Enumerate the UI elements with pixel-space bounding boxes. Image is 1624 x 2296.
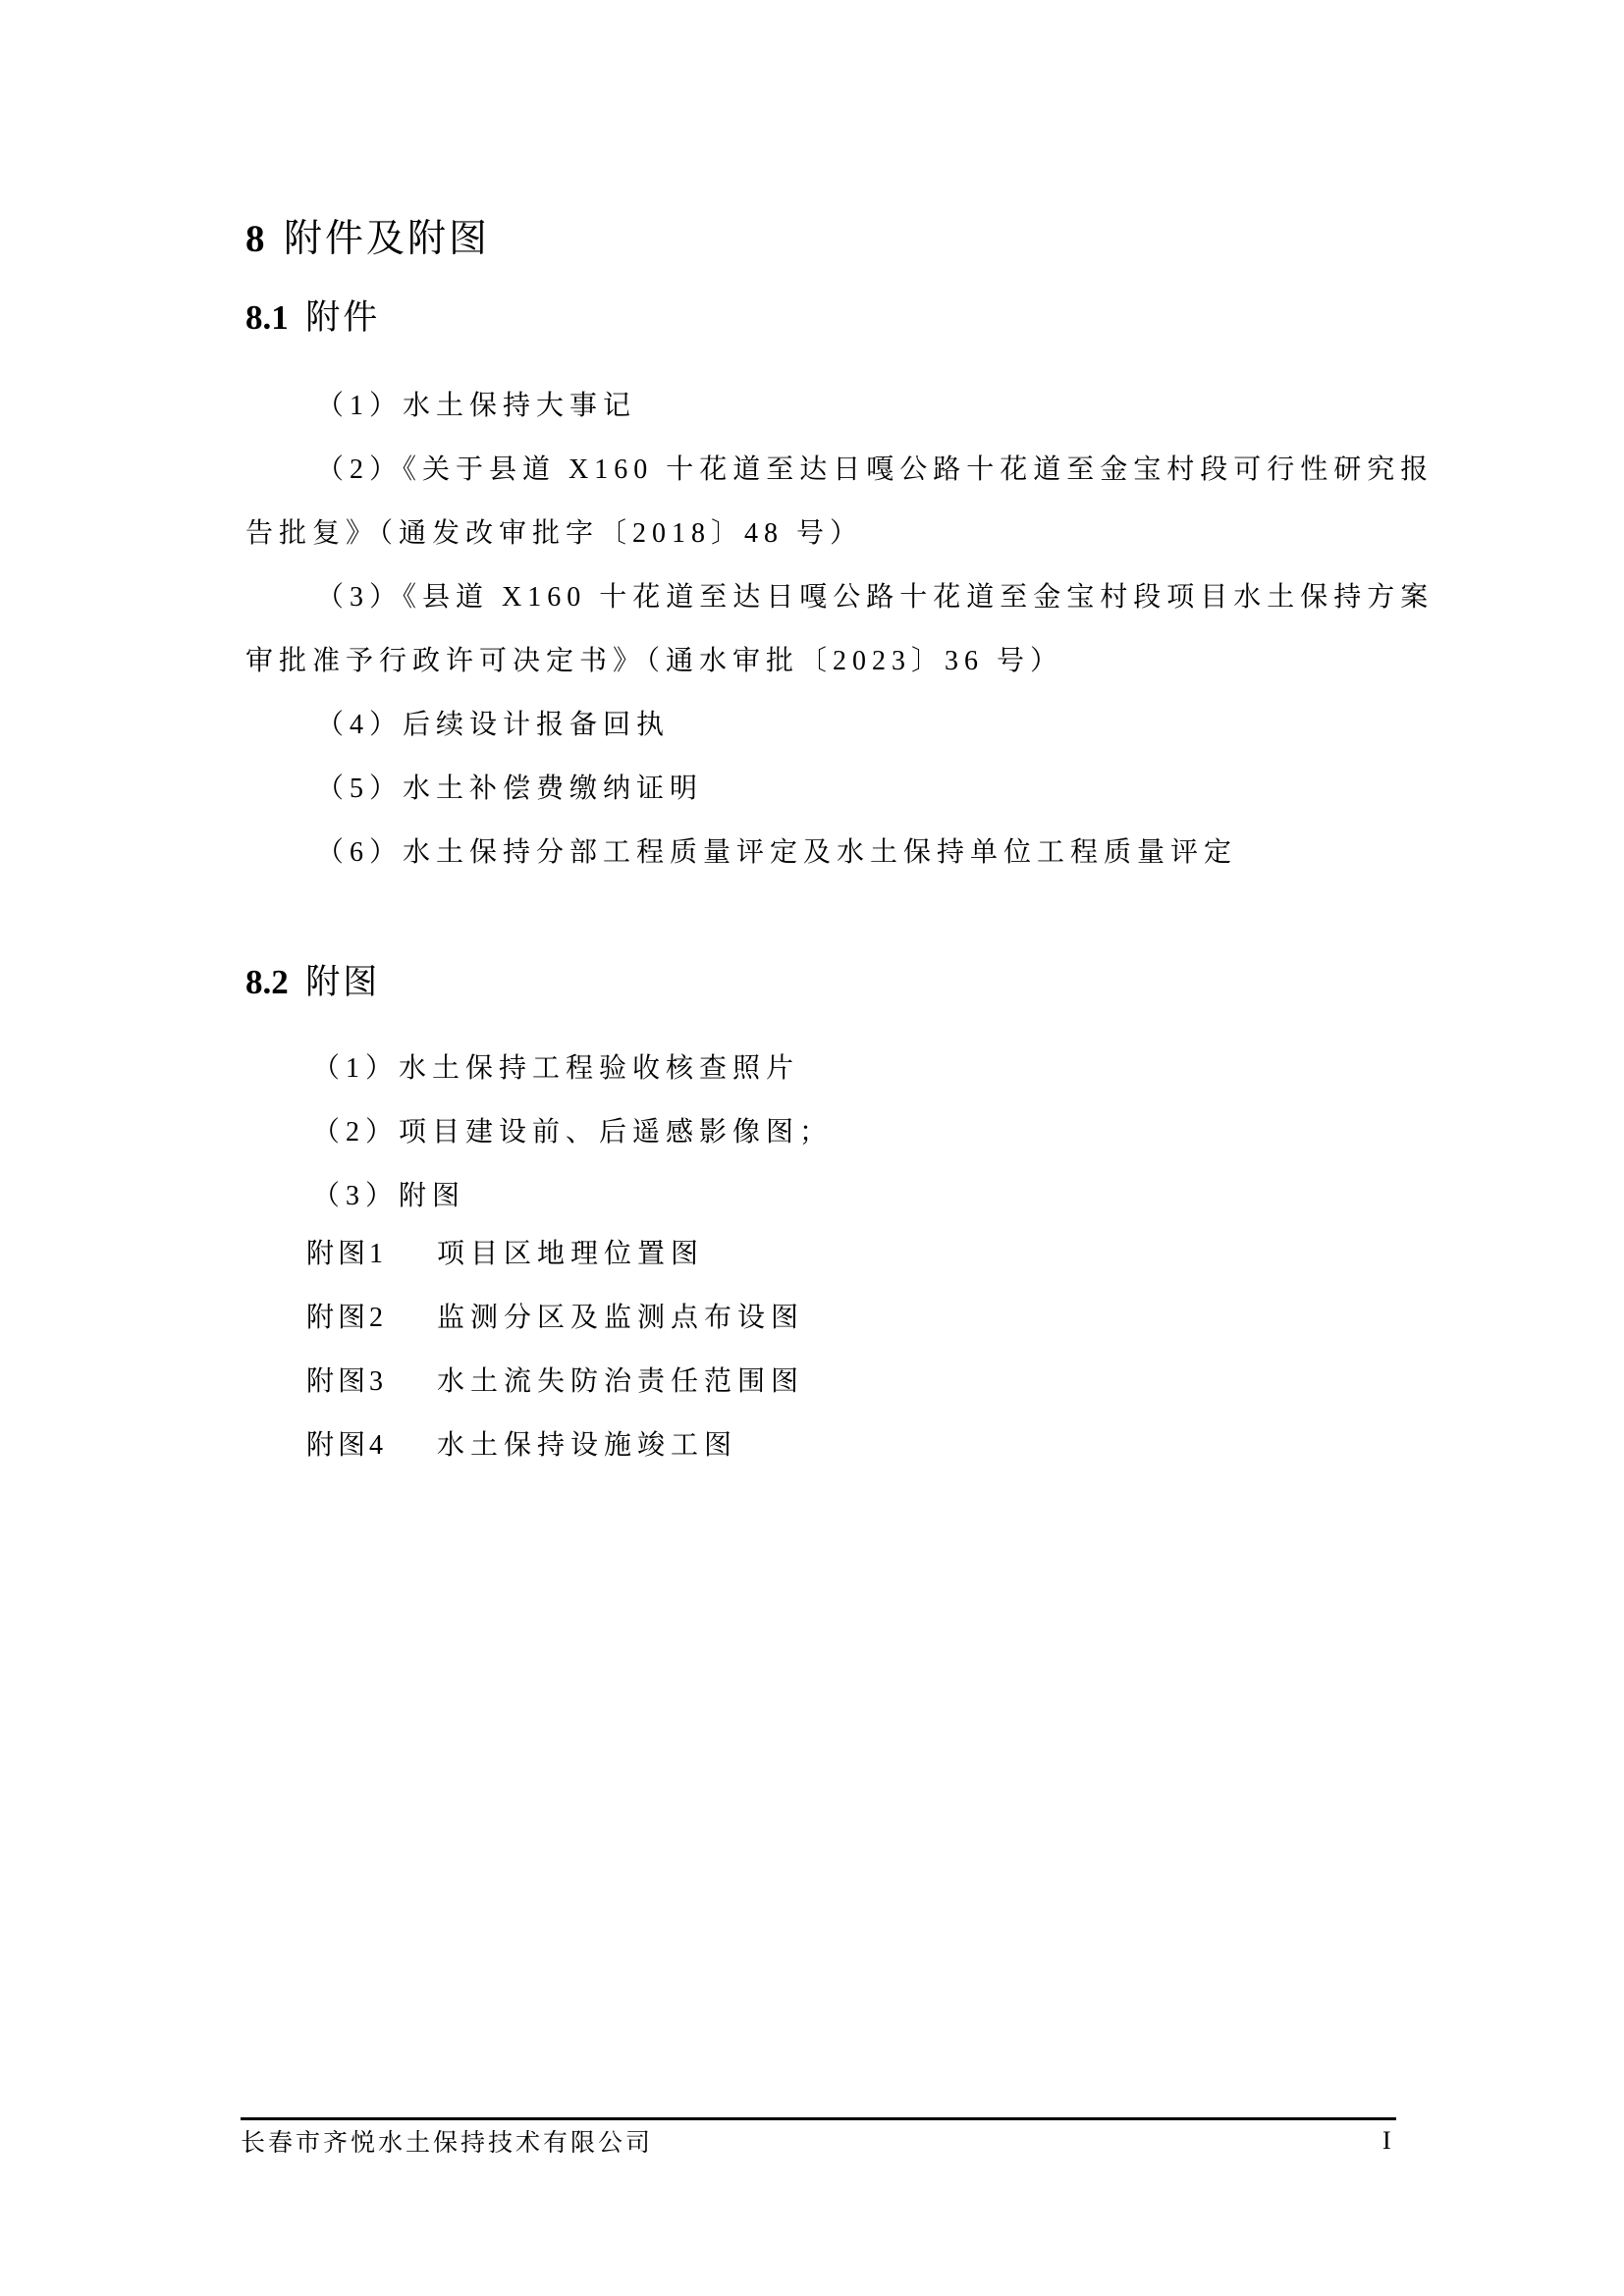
figure-item-3: （3）附图: [245, 1181, 1463, 1212]
figure-label: 附图3: [306, 1366, 437, 1398]
attachment-item-1: （1）水土保持大事记: [245, 391, 1467, 422]
chapter-heading: 8 附件及附图: [245, 214, 490, 265]
figure-label: 附图1: [306, 1239, 437, 1270]
attachment-item-4: （4）后续设计报备回执: [245, 710, 1467, 741]
figure-label: 附图2: [306, 1303, 437, 1334]
figure-description: 监测分区及监测点布设图: [437, 1303, 804, 1333]
chapter-title: 附件及附图: [284, 218, 490, 260]
attachment-item-3-line-2: 审批准予行政许可决定书》（通水审批〔2023〕36 号）: [245, 646, 1396, 677]
footer-page-number: I: [1382, 2126, 1391, 2156]
figure-item-1: （1）水土保持工程验收核查照片: [245, 1053, 1463, 1085]
figure-list-row-4: 附图4水土保持设施竣工图: [306, 1430, 737, 1462]
figure-list-row-3: 附图3水土流失防治责任范围图: [306, 1366, 804, 1398]
section-heading-8-2: 8.2 附图: [245, 959, 380, 1006]
figure-list-row-2: 附图2监测分区及监测点布设图: [306, 1303, 804, 1334]
footer-company-name: 长春市齐悦水土保持技术有限公司: [241, 2129, 653, 2159]
section-heading-8-1: 8.1 附件: [245, 294, 380, 342]
section-title: 附图: [305, 963, 380, 1001]
section-number: 8.2: [245, 963, 289, 1001]
figure-description: 水土流失防治责任范围图: [437, 1366, 804, 1397]
figure-list-row-1: 附图1项目区地理位置图: [306, 1239, 704, 1270]
figure-description: 水土保持设施竣工图: [437, 1430, 737, 1461]
attachment-item-6: （6）水土保持分部工程质量评定及水土保持单位工程质量评定: [245, 837, 1467, 869]
figure-description: 项目区地理位置图: [437, 1239, 704, 1269]
document-page: 8 附件及附图 8.1 附件 （1）水土保持大事记 （2）《关于县道 X160 …: [0, 0, 1624, 2296]
chapter-number: 8: [245, 218, 265, 260]
attachment-item-5: （5）水土补偿费缴纳证明: [245, 774, 1467, 805]
figure-label: 附图4: [306, 1430, 437, 1462]
footer-divider: [241, 2117, 1396, 2120]
figure-item-2: （2）项目建设前、后遥感影像图；: [245, 1117, 1463, 1148]
section-title: 附件: [305, 298, 380, 337]
attachment-item-2-line-2: 告批复》（通发改审批字〔2018〕48 号）: [245, 518, 1396, 550]
attachment-item-2-line-1: （2）《关于县道 X160 十花道至达日嘎公路十花道至金宝村段可行性研究报: [245, 454, 1467, 486]
section-number: 8.1: [245, 298, 289, 337]
attachment-item-3-line-1: （3）《县道 X160 十花道至达日嘎公路十花道至金宝村段项目水土保持方案: [245, 582, 1467, 614]
